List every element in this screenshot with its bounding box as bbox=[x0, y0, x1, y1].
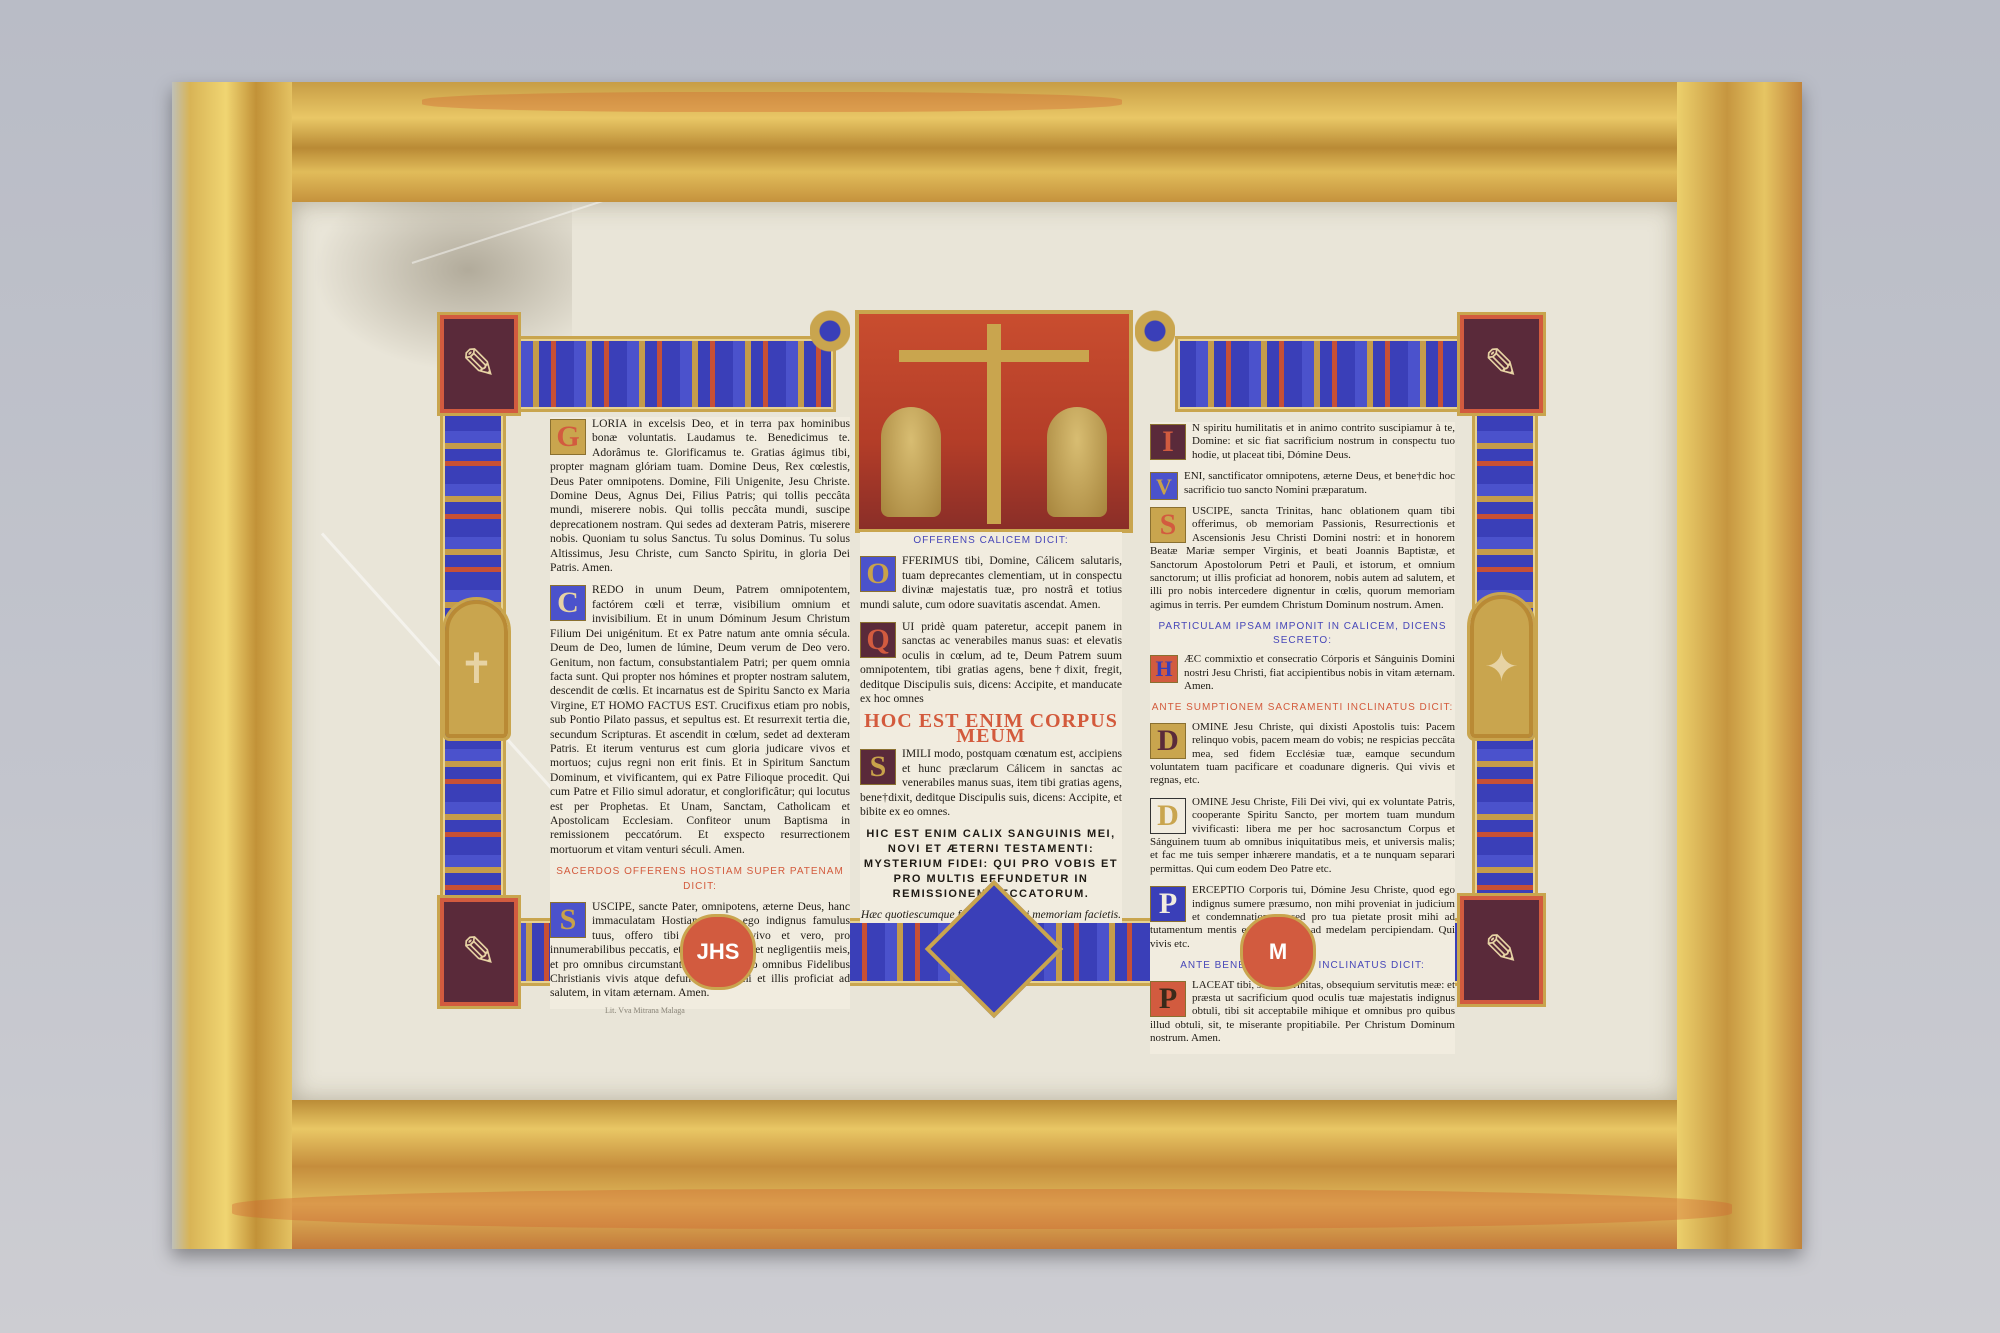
initial-d: D bbox=[1150, 798, 1186, 834]
kneeling-angel-left bbox=[881, 407, 941, 517]
rubric: OFFERENS CALICEM DICIT: bbox=[860, 534, 1122, 548]
rubric: ANTE SUMPTIONEM SACRAMENTI INCLINATUS DI… bbox=[1150, 701, 1455, 714]
suscipe-trinitas-text: USCIPE, sancta Trinitas, hanc oblationem… bbox=[1150, 505, 1455, 611]
center-text-column: OFFERENS CALICEM DICIT: O FFERIMUS tibi,… bbox=[860, 532, 1122, 923]
initial-s: S bbox=[860, 749, 896, 785]
kneeling-angel-right bbox=[1047, 407, 1107, 517]
rubric: SACERDOS OFFERENS HOSTIAM SUPER PATENAM … bbox=[550, 865, 850, 894]
domine-fili-text: OMINE Jesu Christe, Fili Dei vivi, qui e… bbox=[1150, 796, 1455, 875]
initial-c: C bbox=[550, 585, 586, 621]
finial-left bbox=[810, 310, 850, 380]
veni-paragraph: V ENI, sanctificator omnipotens, æterne … bbox=[1150, 470, 1455, 497]
cross-beam bbox=[899, 350, 1089, 362]
placeat-text: LACEAT tibi, sancta Trinitas, obsequium … bbox=[1150, 979, 1455, 1045]
gloria-text: LORIA in excelsis Deo, et in terra pax h… bbox=[550, 417, 850, 574]
rubric: PARTICULAM IPSAM IMPONIT IN CALICEM, DIC… bbox=[1150, 620, 1455, 647]
evangelist-medallion-top-right: ✎ bbox=[1460, 315, 1543, 413]
simili-text: IMILI modo, postquam cœnatum est, accipi… bbox=[860, 747, 1122, 818]
credo-text: REDO in unum Deum, Patrem omnipotentem, … bbox=[550, 583, 850, 855]
domine-pacem-text: OMINE Jesu Christe, qui dixisti Apostoli… bbox=[1150, 721, 1455, 787]
finial-right bbox=[1135, 310, 1175, 380]
initial-q: Q bbox=[860, 622, 896, 658]
consecration-words-host: HOC EST ENIM CORPUS MEUM bbox=[860, 714, 1122, 743]
top-left-border bbox=[500, 336, 836, 412]
initial-i: I bbox=[1150, 424, 1186, 460]
crucifixion-scene bbox=[855, 310, 1133, 533]
placeat-paragraph: P LACEAT tibi, sancta Trinitas, obsequiu… bbox=[1150, 979, 1455, 1046]
domine-pacem-paragraph: D OMINE Jesu Christe, qui dixisti Aposto… bbox=[1150, 721, 1455, 788]
initial-p: P bbox=[1150, 981, 1186, 1017]
frame-left-molding bbox=[172, 82, 292, 1249]
domine-fili-paragraph: D OMINE Jesu Christe, Fili Dei vivi, qui… bbox=[1150, 796, 1455, 876]
offerimus-paragraph: O FFERIMUS tibi, Domine, Cálicem salutar… bbox=[860, 554, 1122, 612]
top-right-border bbox=[1175, 336, 1481, 412]
in-spiritu-text: N spiritu humilitatis et in animo contri… bbox=[1192, 422, 1455, 461]
evangelist-medallion-bottom-right: ✎ bbox=[1460, 896, 1543, 1004]
marian-monogram: M bbox=[1240, 914, 1316, 990]
qui-pridie-paragraph: Q UI pridè quam pateretur, accepit panem… bbox=[860, 620, 1122, 706]
in-spiritu-paragraph: I N spiritu humilitatis et in animo cont… bbox=[1150, 422, 1455, 462]
haec-commixtio-text: ÆC commixtio et consecratio Córporis et … bbox=[1184, 653, 1455, 692]
initial-d: D bbox=[1150, 723, 1186, 759]
altar-card: ✎ ✝ ✎ ✎ ✦ ✎ G LORIA in excelsis Deo, et … bbox=[440, 310, 1550, 1010]
gloria-paragraph: G LORIA in excelsis Deo, et in terra pax… bbox=[550, 417, 850, 575]
printer-imprint: Lit. Vva Mitrana Malaga bbox=[605, 1006, 685, 1015]
frame-right-molding bbox=[1677, 82, 1802, 1249]
simili-paragraph: S IMILI modo, postquam cœnatum est, acci… bbox=[860, 747, 1122, 819]
initial-o: O bbox=[860, 556, 896, 592]
initial-s: S bbox=[1150, 507, 1186, 543]
jhs-monogram: JHS bbox=[680, 914, 756, 990]
frame-wear bbox=[232, 1189, 1732, 1229]
frame-wear bbox=[422, 92, 1122, 112]
suscipe-trinitas-paragraph: S USCIPE, sancta Trinitas, hanc oblation… bbox=[1150, 505, 1455, 612]
offerimus-text: FFERIMUS tibi, Domine, Cálicem salutaris… bbox=[860, 554, 1122, 610]
initial-p: P bbox=[1150, 886, 1186, 922]
haec-commixtio-paragraph: H ÆC commixtio et consecratio Córporis e… bbox=[1150, 653, 1455, 693]
evangelist-medallion-bottom-left: ✎ bbox=[440, 898, 518, 1006]
initial-v: V bbox=[1150, 472, 1178, 500]
initial-h: H bbox=[1150, 655, 1178, 683]
initial-g: G bbox=[550, 419, 586, 455]
initial-s: S bbox=[550, 902, 586, 938]
christ-medallion: ✝ bbox=[445, 600, 508, 738]
virgin-mary-medallion: ✦ bbox=[1470, 595, 1533, 738]
veni-text: ENI, sanctificator omnipotens, æterne De… bbox=[1184, 470, 1455, 495]
qui-pridie-text: UI pridè quam pateretur, accepit panem i… bbox=[860, 620, 1122, 705]
credo-paragraph: C REDO in unum Deum, Patrem omnipotentem… bbox=[550, 583, 850, 857]
evangelist-medallion-top-left: ✎ bbox=[440, 315, 518, 413]
